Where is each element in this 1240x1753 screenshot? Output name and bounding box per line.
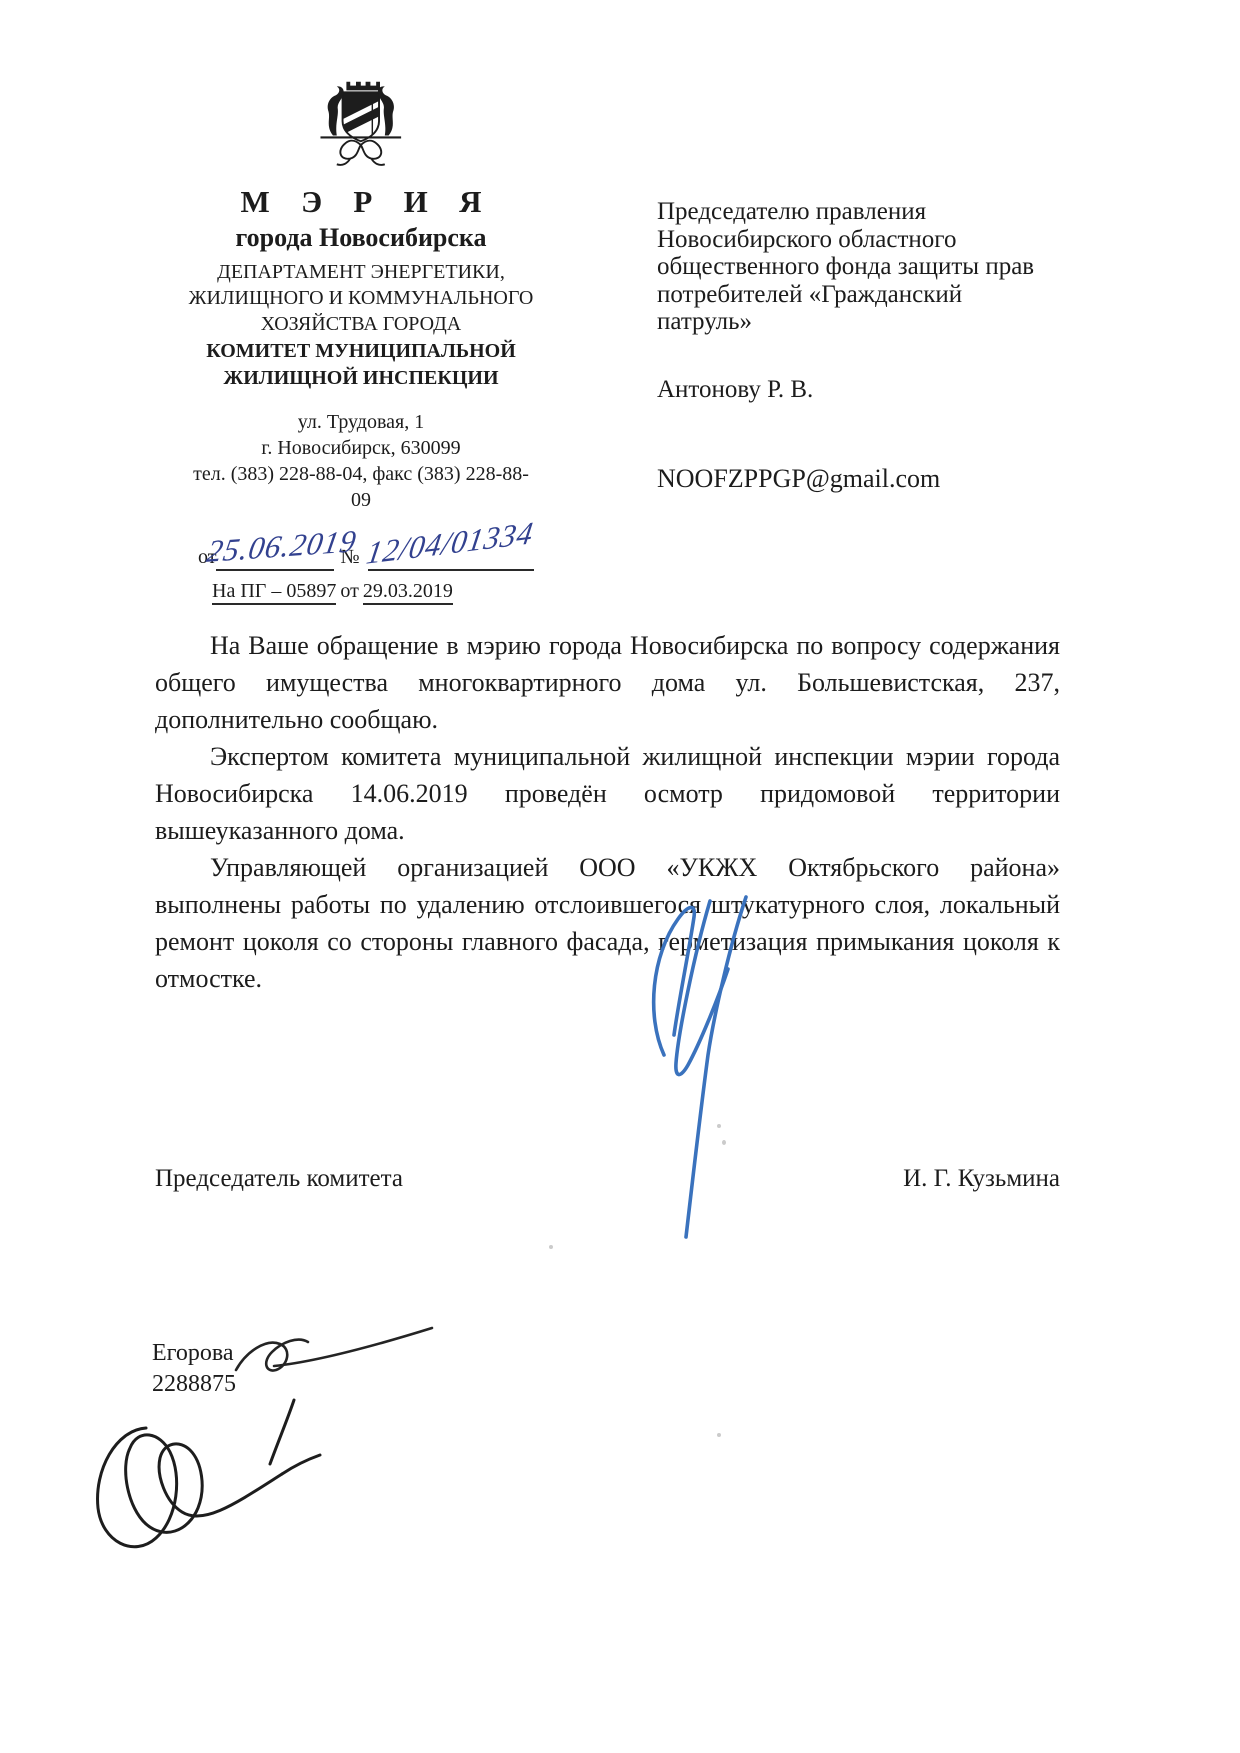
executor-phone: 2288875 (152, 1369, 236, 1400)
number-blank-field: 12/04/01334 (368, 539, 534, 571)
phone-fax-line-wrap: 09 (120, 487, 602, 513)
scan-speck (722, 1140, 726, 1145)
phone-fax-line: тел. (383) 228-88-04, факс (383) 228-88- (120, 461, 602, 487)
body-paragraph: На Ваше обращение в мэрию города Новосиб… (155, 627, 1060, 738)
reference-from-label: от (336, 580, 362, 602)
novosibirsk-coat-of-arms-icon (120, 76, 602, 172)
department-line: ДЕПАРТАМЕНТ ЭНЕРГЕТИКИ, (120, 259, 602, 285)
scan-speck (717, 1433, 721, 1437)
body-paragraph: Управляющей организацией ООО «УКЖХ Октяб… (155, 849, 1060, 997)
letter-header: М Э Р И Я города Новосибирска ДЕПАРТАМЕН… (0, 0, 1240, 603)
outgoing-number-line: от 25.06.2019 № 12/04/01334 (120, 527, 602, 571)
department-name: ДЕПАРТАМЕНТ ЭНЕРГЕТИКИ, ЖИЛИЩНОГО И КОММ… (120, 259, 602, 337)
letter-body: На Ваше обращение в мэрию города Новосиб… (155, 627, 1060, 997)
department-line: ХОЗЯЙСТВА ГОРОДА (120, 311, 602, 337)
committee-line: КОМИТЕТ МУНИЦИПАЛЬНОЙ (120, 338, 602, 365)
committee-name: КОМИТЕТ МУНИЦИПАЛЬНОЙ ЖИЛИЩНОЙ ИНСПЕКЦИИ (120, 338, 602, 392)
handwritten-date: 25.06.2019 (204, 523, 360, 570)
recipient-line: общественного фонда защиты прав (657, 253, 1137, 281)
scan-speck (717, 1124, 721, 1128)
letterhead: М Э Р И Я города Новосибирска ДЕПАРТАМЕН… (120, 76, 602, 603)
recipient-line: Новосибирского областного (657, 226, 1137, 254)
recipient-line: потребителей «Гражданский (657, 281, 1137, 309)
committee-line: ЖИЛИЩНОЙ ИНСПЕКЦИИ (120, 365, 602, 392)
recipient-block: Председателю правления Новосибирского об… (657, 198, 1137, 493)
reference-line: На ПГ – 05897от29.03.2019 (120, 580, 602, 603)
executor-name: Егорова (152, 1338, 236, 1369)
handwritten-number: 12/04/01334 (364, 515, 536, 572)
contact-block: ул. Трудовая, 1 г. Новосибирск, 630099 т… (120, 409, 602, 513)
bottom-signature-ink (86, 1388, 338, 1576)
org-name-mayoralty: М Э Р И Я (120, 184, 602, 220)
egorova-signature-ink (222, 1316, 447, 1388)
recipient-line: патруль» (657, 308, 1137, 336)
scanned-letter-page: М Э Р И Я города Новосибирска ДЕПАРТАМЕН… (0, 0, 1240, 1753)
recipient-name: Антонову Р. В. (657, 376, 1137, 404)
body-paragraph: Экспертом комитета муниципальной жилищно… (155, 738, 1060, 849)
org-name-city: города Новосибирска (120, 223, 602, 253)
signer-position-title: Председатель комитета (155, 1165, 403, 1193)
reference-number: На ПГ – 05897 (212, 580, 336, 605)
address-city: г. Новосибирск, 630099 (120, 435, 602, 461)
date-blank-field: 25.06.2019 (216, 539, 334, 571)
department-line: ЖИЛИЩНОГО И КОММУНАЛЬНОГО (120, 285, 602, 311)
signature-row: Председатель комитета И. Г. Кузьмина (155, 1165, 1060, 1193)
address-street: ул. Трудовая, 1 (120, 409, 602, 435)
executor-block: Егорова 2288875 (152, 1338, 236, 1400)
recipient-email: NOOFZPPGP@gmail.com (657, 465, 1137, 493)
reference-date: 29.03.2019 (363, 580, 453, 605)
signer-name: И. Г. Кузьмина (903, 1165, 1060, 1193)
scan-speck (549, 1245, 553, 1249)
recipient-line: Председателю правления (657, 198, 1137, 226)
